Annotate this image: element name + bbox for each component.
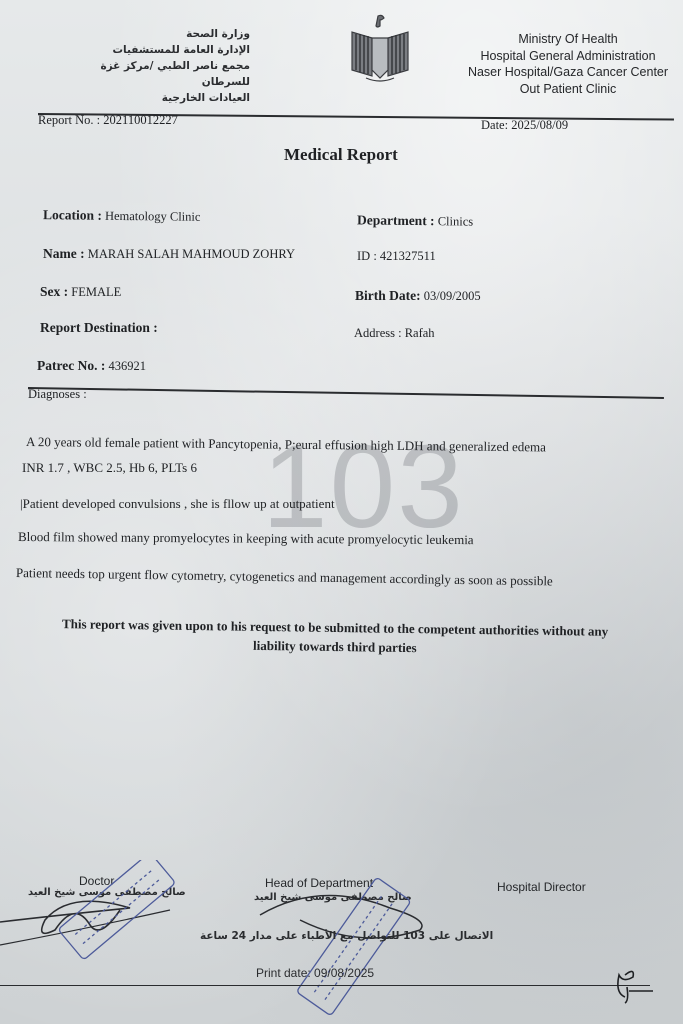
field-address: Address : Rafah	[354, 326, 435, 341]
diagnosis-line: Patient needs top urgent flow cytometry,…	[16, 565, 553, 589]
print-date-label: Print date:	[256, 966, 311, 980]
diagnosis-line: A 20 years old female patient with Pancy…	[26, 434, 546, 455]
arabic-header-line: الإدارة العامة للمستشفيات	[80, 42, 250, 58]
field-value: 421327511	[380, 249, 436, 263]
report-date: Date: 2025/08/09	[481, 118, 568, 133]
field-id: ID : 421327511	[357, 249, 436, 264]
report-number-value: 202110012227	[103, 113, 178, 127]
field-label: Sex :	[40, 284, 68, 299]
report-number-label: Report No. :	[38, 113, 100, 127]
field-label: Patrec No. :	[37, 358, 105, 373]
field-name: Name : MARAH SALAH MAHMOUD ZOHRY	[43, 246, 295, 262]
report-number: Report No. : 202110012227	[38, 113, 178, 128]
english-header: Ministry Of Health Hospital General Admi…	[448, 31, 683, 97]
field-value: Rafah	[405, 326, 435, 340]
field-sex: Sex : FEMALE	[40, 284, 121, 300]
report-date-value: 2025/08/09	[511, 118, 568, 132]
english-header-line: Naser Hospital/Gaza Cancer Center	[448, 64, 683, 81]
field-value: Clinics	[438, 214, 474, 228]
page-title: Medical Report	[284, 145, 398, 165]
field-birth-date: Birth Date: 03/09/2005	[355, 288, 481, 304]
field-department: Department : Clinics	[357, 212, 473, 229]
diagnosis-line: Blood film showed many promyelocytes in …	[18, 529, 474, 548]
field-label: Location :	[43, 207, 102, 223]
field-patrec: Patrec No. : 436921	[37, 358, 146, 374]
field-report-destination: Report Destination :	[40, 320, 158, 336]
field-label: Name :	[43, 246, 85, 261]
print-date: Print date: 09/08/2025	[256, 966, 374, 980]
field-value: Hematology Clinic	[105, 209, 201, 224]
arabic-header-line: مجمع ناصر الطبي /مركز غزة للسرطان	[80, 58, 250, 90]
field-value: 436921	[108, 359, 146, 373]
print-date-value: 09/08/2025	[314, 966, 374, 980]
diagnoses-divider	[28, 387, 664, 399]
field-label: Birth Date:	[355, 288, 421, 303]
disclaimer: This report was given upon to his reques…	[10, 613, 660, 660]
eagle-emblem-icon	[348, 12, 412, 88]
medical-report-page: وزارة الصحة الإدارة العامة للمستشفيات مج…	[0, 0, 683, 1024]
footer-divider	[0, 985, 650, 986]
arabic-header-line: وزارة الصحة	[80, 26, 250, 42]
arabic-header-line: العيادات الخارجية	[80, 90, 250, 106]
field-label: ID :	[357, 249, 377, 263]
hotline-notice: الاتصال على 103 للتواصل مع الأطباء على م…	[200, 930, 493, 942]
diagnoses-label: Diagnoses :	[28, 387, 87, 402]
field-label: Address :	[354, 326, 402, 340]
report-date-label: Date:	[481, 118, 508, 132]
field-label: Department :	[357, 212, 435, 228]
field-label: Report Destination :	[40, 320, 158, 335]
field-value: MARAH SALAH MAHMOUD ZOHRY	[88, 247, 295, 261]
signature-stamp-icon	[0, 860, 683, 1024]
english-header-line: Hospital General Administration	[448, 48, 683, 65]
field-value: 03/09/2005	[424, 289, 481, 303]
diagnosis-line: INR 1.7 , WBC 2.5, Hb 6, PLTs 6	[22, 460, 197, 476]
field-location: Location : Hematology Clinic	[43, 207, 201, 225]
english-header-line: Out Patient Clinic	[448, 81, 683, 98]
e-signature-logo-icon	[605, 965, 665, 1005]
arabic-header: وزارة الصحة الإدارة العامة للمستشفيات مج…	[80, 26, 250, 106]
diagnosis-line: |Patient developed convulsions , she is …	[20, 496, 335, 512]
field-value: FEMALE	[71, 285, 121, 299]
english-header-line: Ministry Of Health	[448, 31, 683, 48]
